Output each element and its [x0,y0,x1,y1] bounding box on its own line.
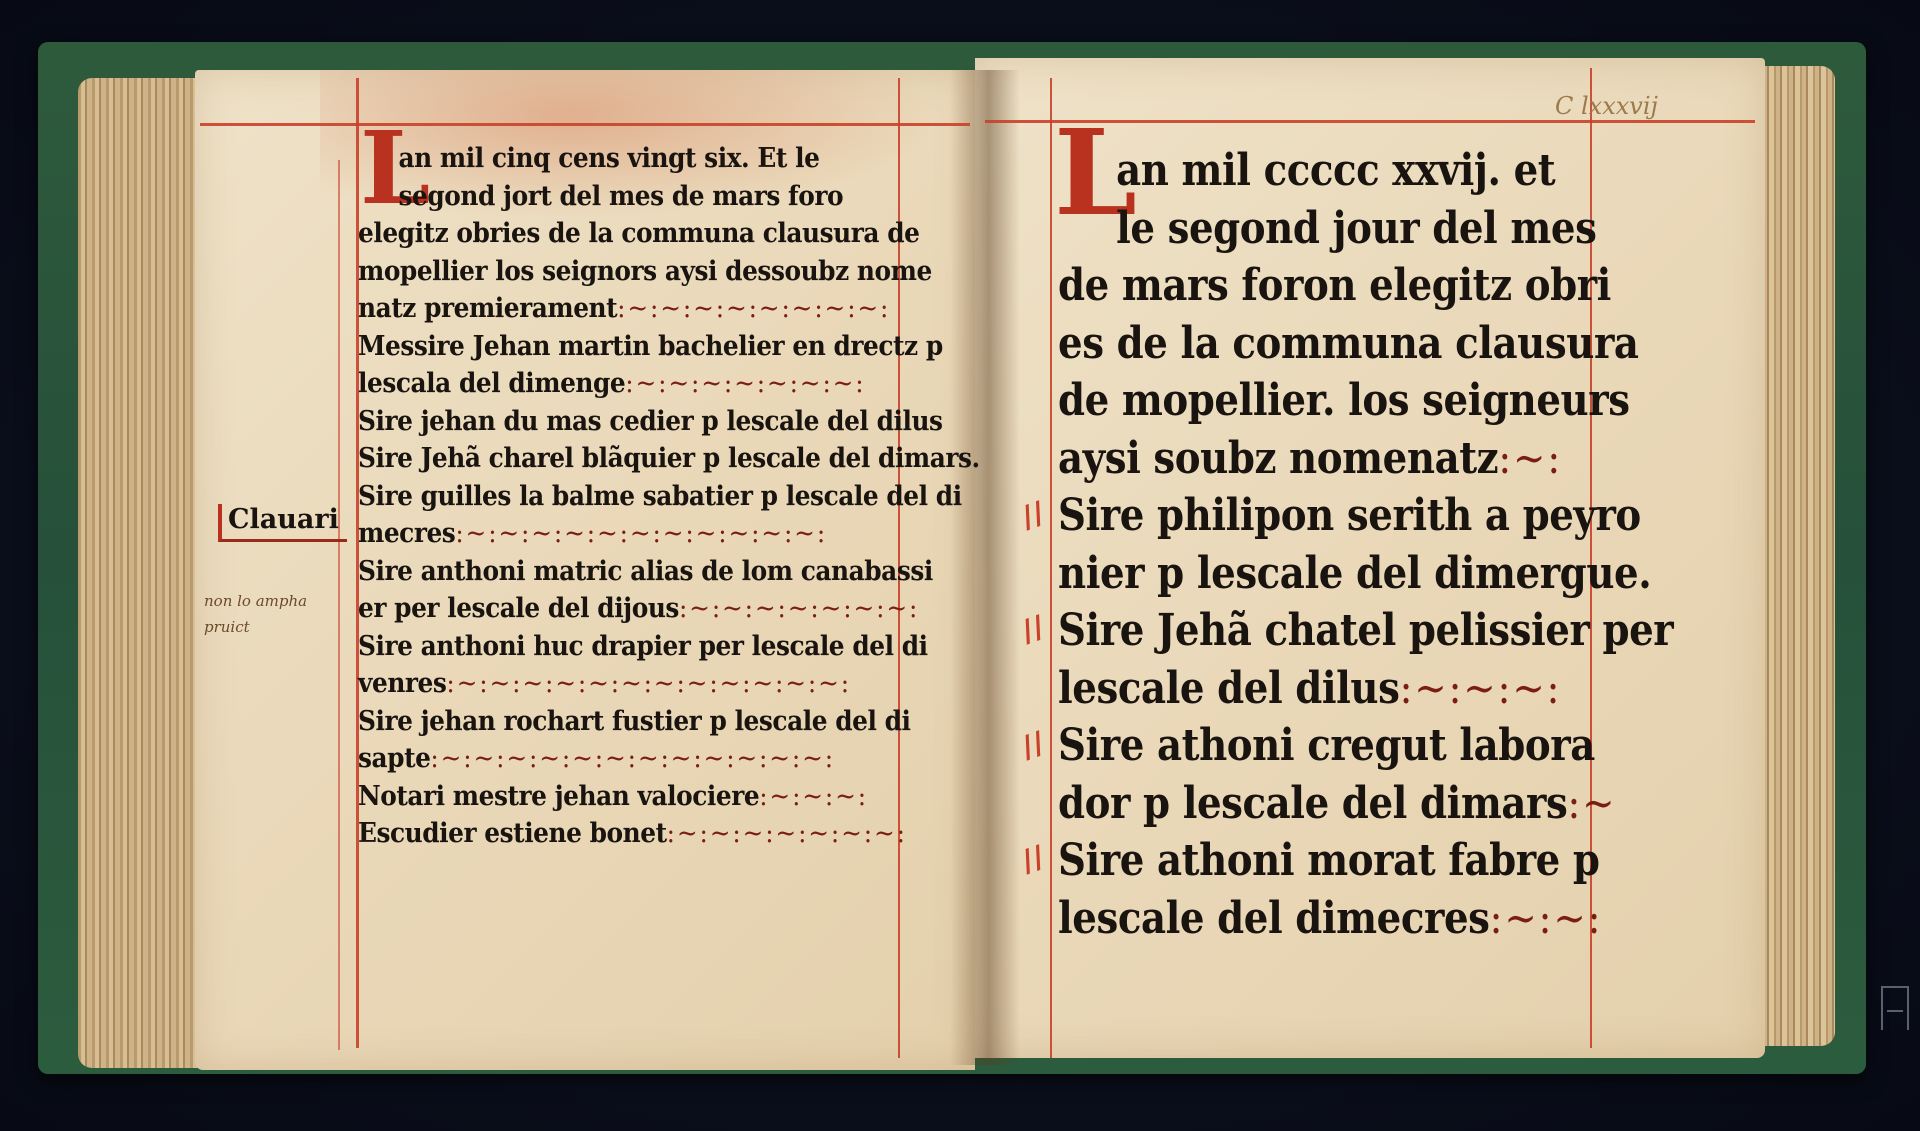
text-line: an mil cinq cens vingt six. Et le [358,140,873,178]
text-line: segond jort del mes de mars foro [358,178,873,216]
line-filler: :~:~:~:~:~:~:~: [625,368,865,399]
text-line: Sire philipon serith a peyro [1058,487,1551,545]
text-line: le segond jour del mes [1058,200,1551,258]
line-filler: :~:~:~:~:~:~:~:~:~:~:~: [455,518,827,549]
text-line: mecres:~:~:~:~:~:~:~:~:~:~:~: [358,515,873,553]
margin-note-line: non lo ampha [204,588,307,614]
text-line: Sire Jehã charel blãquier p lescale del … [358,440,873,478]
margin-label-clauari: Clauari [218,504,347,542]
text-line: Sire athoni cregut labora [1058,717,1551,775]
text-line: venres:~:~:~:~:~:~:~:~:~:~:~:~: [358,665,873,703]
line-filler: :~:~:~:~:~:~:~: [667,818,907,849]
text-line: nier p lescale del dimergue. [1058,545,1551,603]
text-line: natz premierament:~:~:~:~:~:~:~:~: [358,290,873,328]
ruling-line-inner-left [338,160,340,1050]
ruling-line-top-left [200,123,970,126]
text-line: aysi soubz nomenatz:~: [1058,430,1551,488]
text-line: an mil ccccc xxvij. et [1058,142,1551,200]
right-page-text: an mil ccccc xxvij. et le segond jour de… [1058,142,1618,947]
text-line: dor p lescale del dimars:~ [1058,775,1551,833]
text-line: lescale del dilus:~:~:~: [1058,660,1551,718]
line-filler: :~:~:~:~:~:~:~:~:~:~:~:~: [430,743,835,774]
text-line: Sire anthoni matric alias de lom canabas… [358,553,873,591]
line-filler: :~:~:~: [759,781,868,812]
text-line: Messire Jehan martin bachelier en drectz… [358,328,873,366]
text-line: Sire jehan rochart fustier p lescale del… [358,703,873,741]
text-line: Sire anthoni huc drapier per lescale del… [358,628,873,666]
left-page-text: an mil cinq cens vingt six. Et le segond… [358,140,918,853]
text-line: elegitz obries de la communa clausura de [358,215,873,253]
line-filler: :~ [1567,778,1616,829]
margin-annotation: non lo ampha pruict [204,588,307,640]
text-line: de mars foron elegitz obri [1058,257,1551,315]
line-filler: :~:~:~:~:~:~:~:~:~:~:~:~: [446,668,851,699]
line-filler: :~:~: [1490,893,1603,944]
text-line: de mopellier. los seigneurs [1058,372,1551,430]
text-line: Notari mestre jehan valociere:~:~:~: [358,778,873,816]
text-line: Sire athoni morat fabre p [1058,832,1551,890]
line-filler: :~:~:~: [1399,663,1561,714]
text-line: Sire Jehã chatel pelissier per [1058,602,1551,660]
text-line: lescale del dimecres:~:~: [1058,890,1551,948]
text-line: mopellier los seignors aysi dessoubz nom… [358,253,873,291]
line-filler: :~:~:~:~:~:~:~: [679,593,919,624]
text-line: er per lescale del dijous:~:~:~:~:~:~:~: [358,590,873,628]
text-line: Sire jehan du mas cedier p lescale del d… [358,403,873,441]
margin-note-line: pruict [204,614,307,640]
text-line: Escudier estiene bonet:~:~:~:~:~:~:~: [358,815,873,853]
ruling-line-margin-right [1050,78,1052,1058]
text-line: es de la communa clausura [1058,315,1551,373]
text-line: Sire guilles la balme sabatier p lescale… [358,478,873,516]
corner-bracket-icon [1881,986,1909,1030]
line-filler: :~:~:~:~:~:~:~:~: [617,293,890,324]
text-line: lescala del dimenge:~:~:~:~:~:~:~: [358,365,873,403]
folio-number: C lxxxvij [1555,92,1658,120]
text-line: sapte:~:~:~:~:~:~:~:~:~:~:~:~: [358,740,873,778]
line-filler: :~: [1498,433,1562,484]
